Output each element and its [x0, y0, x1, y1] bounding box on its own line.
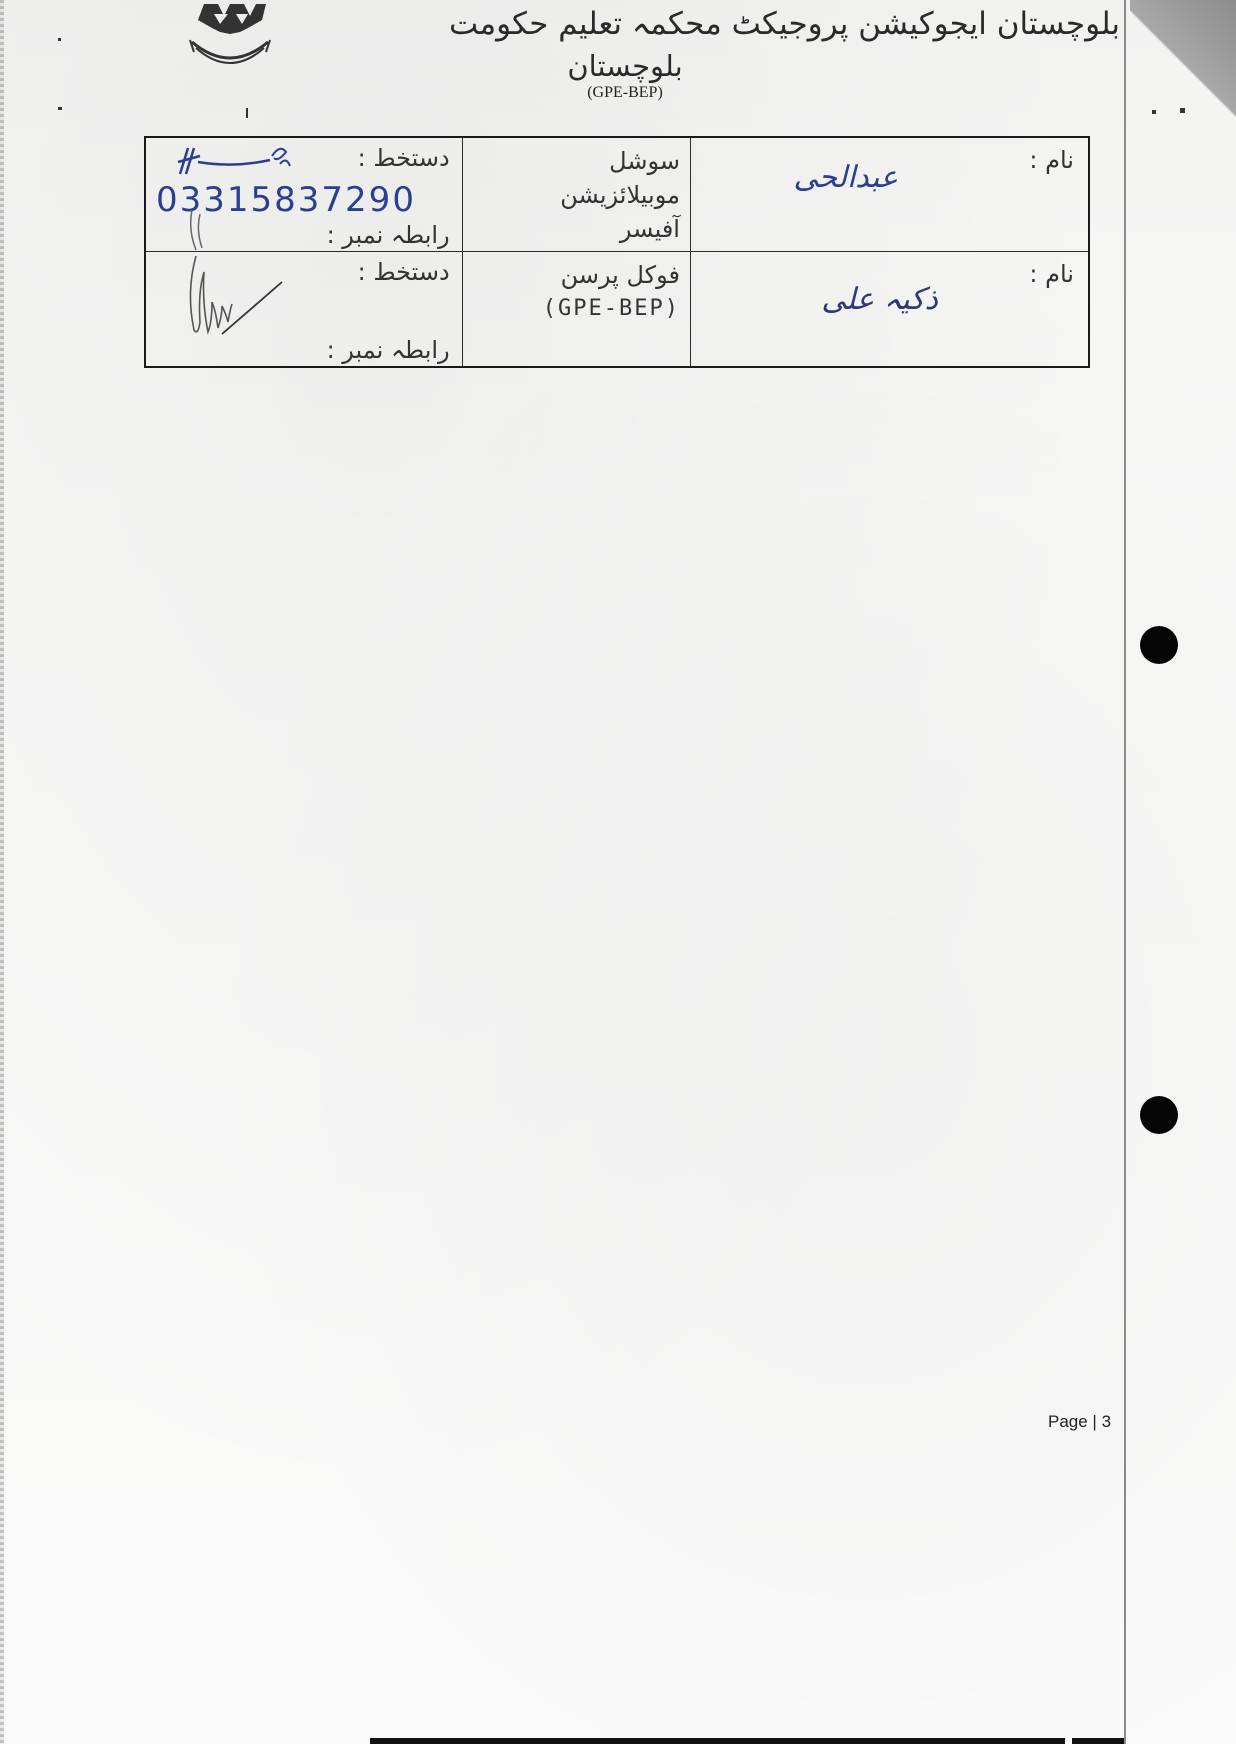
designation-text: فوکل پرسن (GPE-BEP) — [463, 252, 690, 326]
name-label: نام : — [1029, 146, 1074, 174]
table-row: نام : ذکیہ علی فوکل پرسن (GPE-BEP) دستخط… — [145, 251, 1089, 367]
scan-speck — [246, 108, 248, 118]
designation-cell: سوشل موبیلائزیشن آفیسر — [462, 137, 690, 251]
header-title-line2: بلوچستان — [110, 48, 1120, 84]
name-cell: نام : ذکیہ علی — [690, 251, 1089, 367]
designation-line: (GPE-BEP) — [469, 292, 680, 326]
page-edge-line — [1124, 0, 1126, 1744]
signature-icon — [174, 144, 294, 184]
scan-speck — [58, 38, 61, 41]
punch-hole — [1140, 1096, 1178, 1134]
folded-corner-shadow — [1130, 0, 1236, 150]
designation-cell: فوکل پرسن (GPE-BEP) — [462, 251, 690, 367]
header-title-line1: بلوچستان ایجوکیشن پروجیکٹ محکمہ تعلیم حک… — [110, 4, 1120, 44]
signatories-table: نام : عبدالحی سوشل موبیلائزیشن آفیسر دست… — [144, 136, 1090, 368]
name-label: نام : — [1029, 260, 1074, 288]
scan-bottom-edge — [1072, 1738, 1124, 1744]
table-row: نام : عبدالحی سوشل موبیلائزیشن آفیسر دست… — [145, 137, 1089, 251]
designation-line: فوکل پرسن — [469, 258, 680, 292]
signature-label: دستخط : — [358, 258, 450, 286]
designation-line: موبیلائزیشن — [469, 178, 680, 212]
page-number: Page | 3 — [1048, 1412, 1111, 1432]
document-header: بلوچستان ایجوکیشن پروجیکٹ محکمہ تعلیم حک… — [110, 4, 1120, 102]
signature-cell: دستخط : رابطہ نمبر : — [145, 251, 462, 367]
header-acronym: (GPE-BEP) — [110, 84, 1120, 102]
signature-stroke-icon — [186, 210, 216, 252]
designation-text: سوشل موبیلائزیشن آفیسر — [463, 138, 690, 246]
designation-line: سوشل — [469, 144, 680, 178]
punch-hole — [1140, 626, 1178, 664]
scan-left-edge — [0, 0, 4, 1744]
contact-label: رابطہ نمبر : — [327, 221, 450, 249]
scan-speck — [58, 107, 62, 110]
scan-speck — [1180, 108, 1185, 113]
signature-icon — [182, 252, 292, 342]
signature-cell: دستخط : 03315837290 رابطہ نمبر : — [145, 137, 462, 251]
scan-speck — [1152, 110, 1156, 114]
contact-label: رابطہ نمبر : — [327, 336, 450, 364]
signature-label: دستخط : — [358, 144, 450, 172]
scan-bottom-edge — [370, 1738, 1065, 1744]
handwritten-name: عبدالحی — [793, 160, 898, 195]
name-cell: نام : عبدالحی — [690, 137, 1089, 251]
designation-line: آفیسر — [469, 212, 680, 246]
handwritten-name: ذکیہ علی — [821, 282, 938, 317]
